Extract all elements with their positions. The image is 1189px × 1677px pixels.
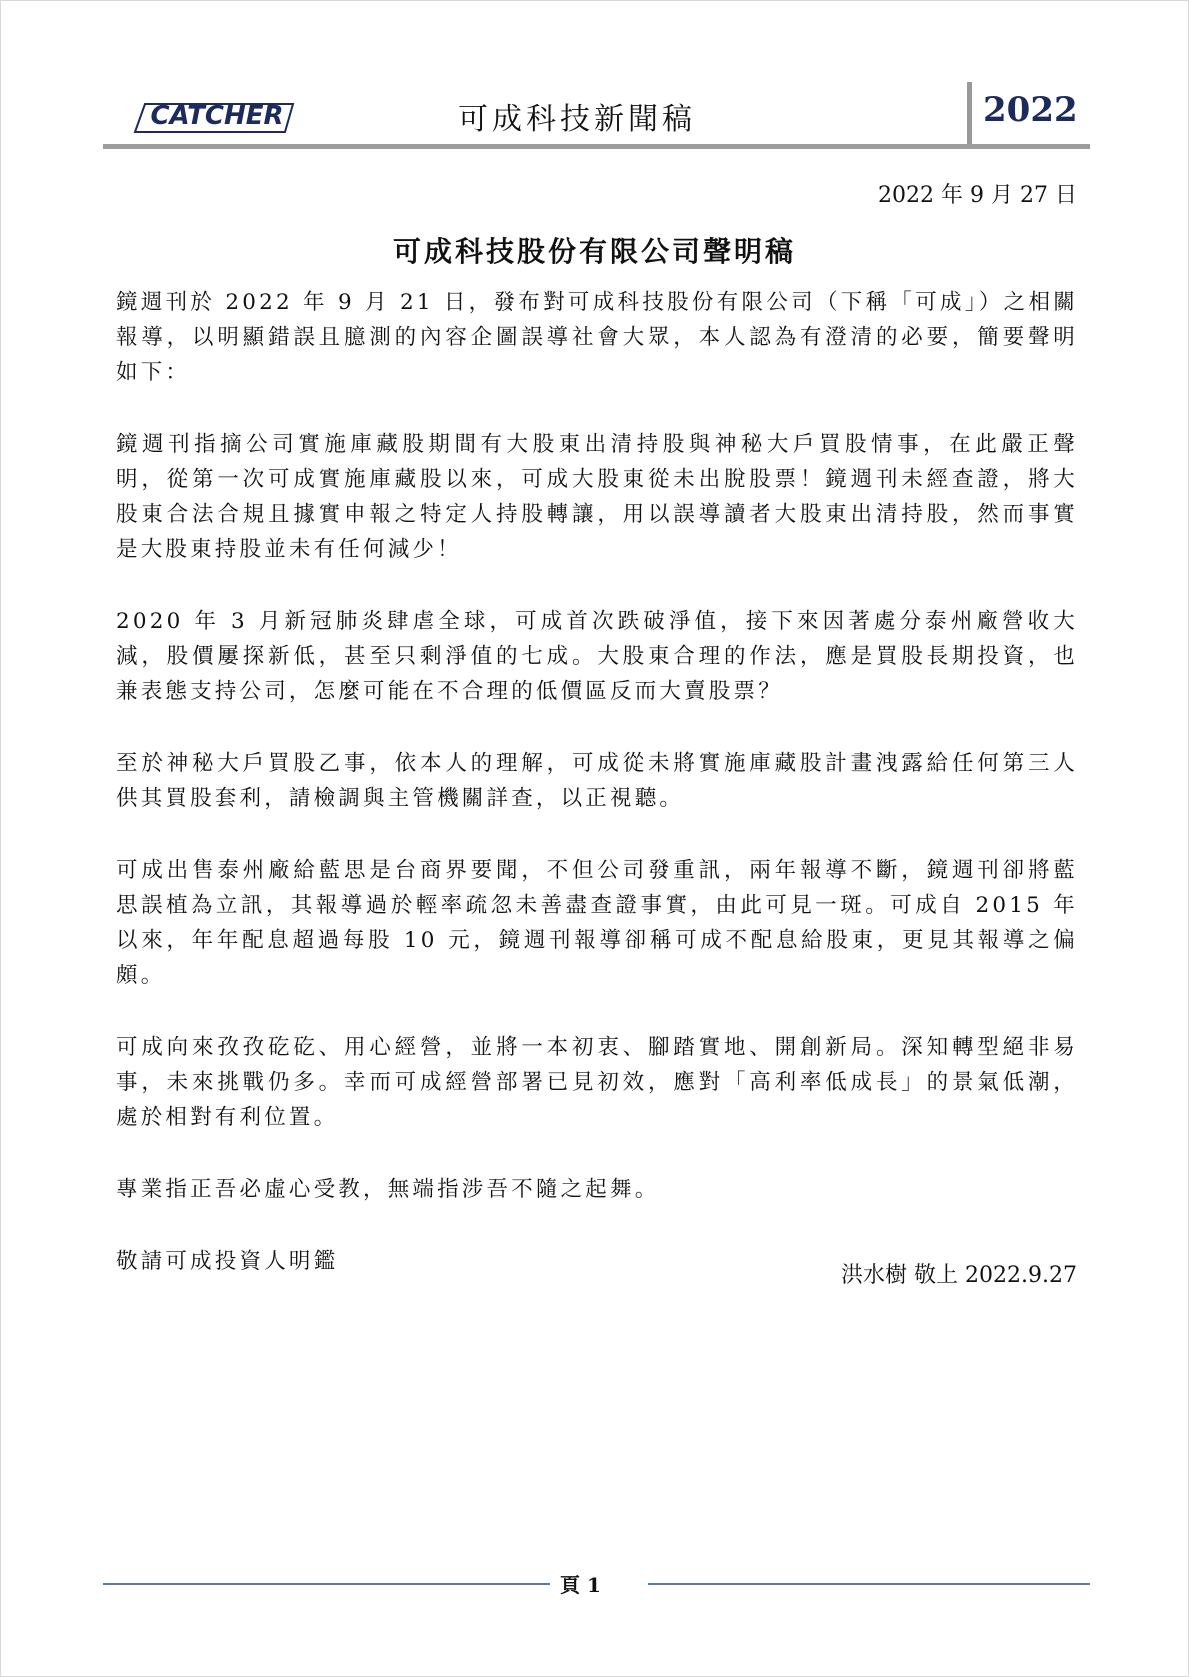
release-date: 2022 年 9 月 27 日: [878, 178, 1077, 209]
footer-rule-left: [103, 1583, 550, 1585]
statement-body: 鏡週刊於 2022 年 9 月 21 日，發布對可成科技股份有限公司（下稱「可成…: [116, 285, 1078, 1316]
catcher-logo: CATCHER: [133, 96, 303, 134]
footer-rule-right: [648, 1583, 1090, 1585]
paragraph: 至於神秘大戶買股乙事，依本人的理解，可成從未將實施庫藏股計畫洩露給任何第三人供其…: [116, 746, 1078, 816]
header-divider: [967, 82, 972, 146]
svg-text:CATCHER: CATCHER: [150, 101, 283, 131]
header-title: 可成科技新聞稿: [458, 94, 696, 138]
header-year: 2022: [983, 90, 1078, 130]
paragraph: 2020 年 3 月新冠肺炎肆虐全球，可成首次跌破淨值，接下來因著處分泰州廠營收…: [116, 604, 1078, 709]
page-footer: 頁 1: [103, 1575, 1090, 1605]
paragraph: 可成出售泰州廠給藍思是台商界要聞，不但公司發重訊，兩年報導不斷，鏡週刊卻將藍思誤…: [116, 853, 1078, 993]
header-rule: [103, 144, 1090, 149]
paragraph: 專業指正吾必虛心受教，無端指涉吾不隨之起舞。: [116, 1172, 1078, 1207]
letterhead: CATCHER 可成科技新聞稿 2022: [103, 82, 1090, 146]
paragraph: 鏡週刊於 2022 年 9 月 21 日，發布對可成科技股份有限公司（下稱「可成…: [116, 285, 1078, 390]
document-title: 可成科技股份有限公司聲明稿: [0, 230, 1189, 270]
paragraph: 可成向來孜孜矻矻、用心經營，並將一本初衷、腳踏實地、開創新局。深知轉型絕非易事，…: [116, 1030, 1078, 1135]
paragraph: 鏡週刊指摘公司實施庫藏股期間有大股東出清持股與神秘大戶買股情事，在此嚴正聲明，從…: [116, 427, 1078, 567]
page-number: 頁 1: [560, 1569, 601, 1598]
signature: 洪水樹 敬上 2022.9.27: [841, 1258, 1077, 1289]
